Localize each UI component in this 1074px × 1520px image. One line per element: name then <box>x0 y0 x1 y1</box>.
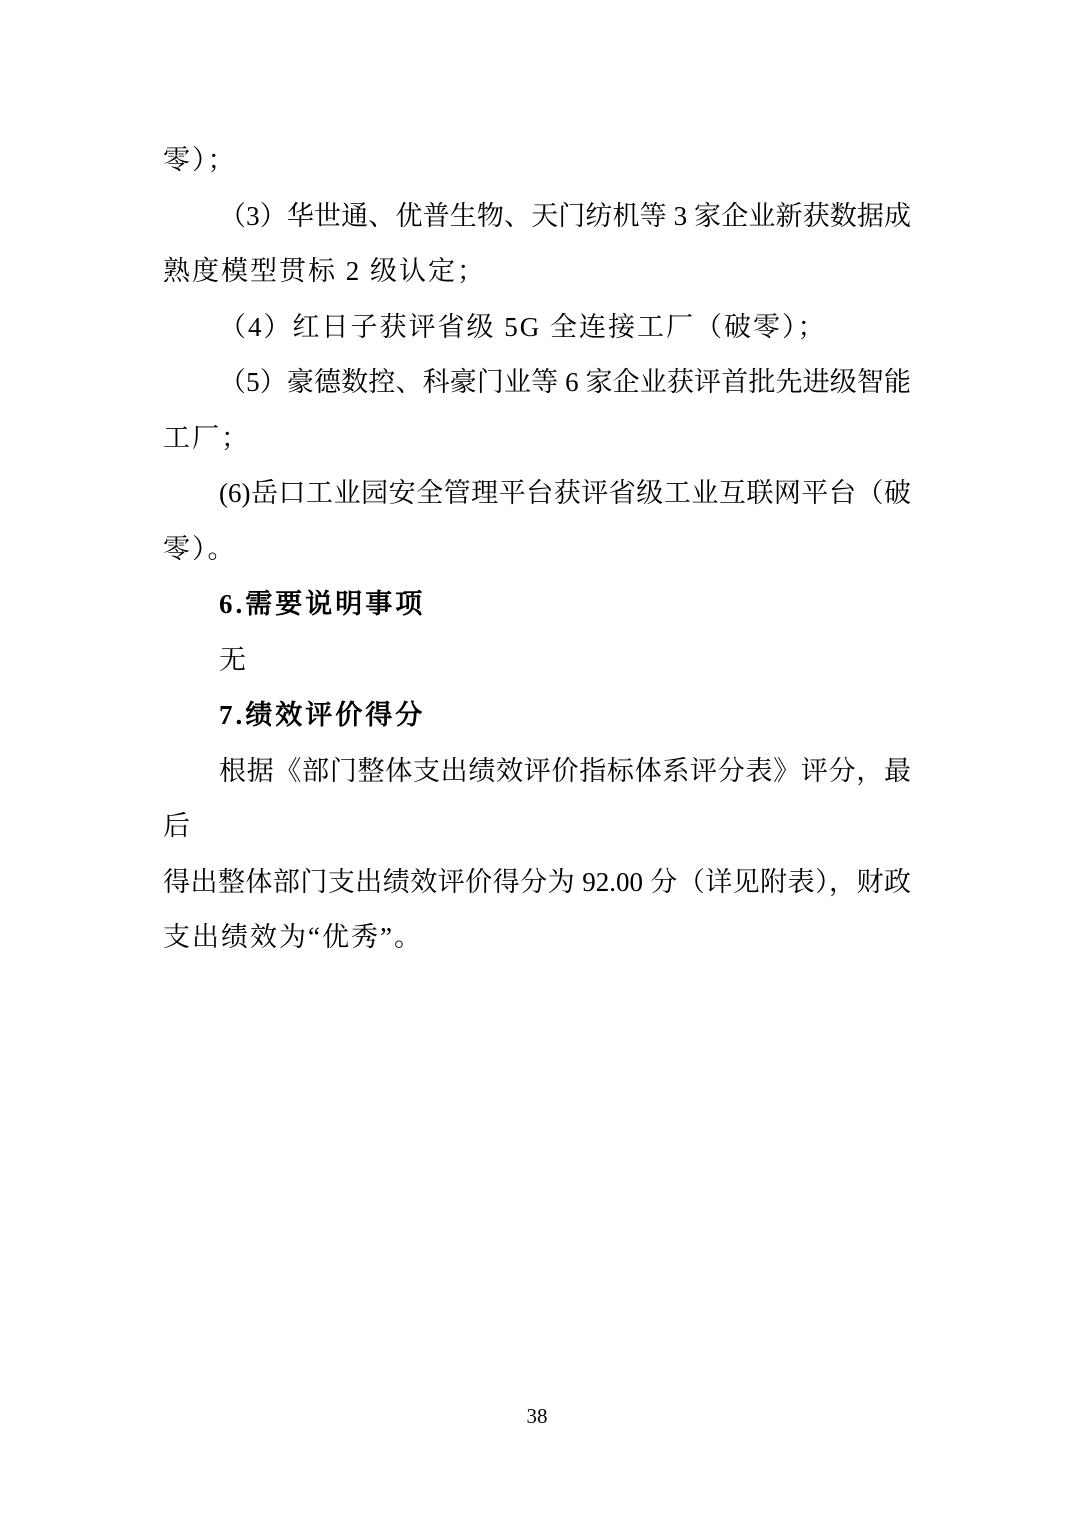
section-heading: 6.需要说明事项 <box>163 577 911 633</box>
text-line: 根据《部门整体支出绩效评价指标体系评分表》评分，最后 <box>163 744 911 855</box>
text-line: (6)岳口工业园安全管理平台获评省级工业互联网平台（破 <box>163 466 911 522</box>
text-line: 工厂； <box>163 411 911 467</box>
text-line: （4）红日子获评省级 5G 全连接工厂（破零）； <box>163 300 911 356</box>
text-line: （3）华世通、优普生物、天门纺机等 3 家企业新获数据成 <box>163 189 911 245</box>
text-line: 零）。 <box>163 522 911 578</box>
page-number: 38 <box>0 1398 1074 1434</box>
document-body: 零）；（3）华世通、优普生物、天门纺机等 3 家企业新获数据成熟度模型贯标 2 … <box>163 133 911 966</box>
text-line: 支出绩效为“优秀”。 <box>163 910 911 966</box>
document-page: 零）；（3）华世通、优普生物、天门纺机等 3 家企业新获数据成熟度模型贯标 2 … <box>0 0 1074 1520</box>
text-line: 熟度模型贯标 2 级认定； <box>163 244 911 300</box>
text-line: （5）豪德数控、科豪门业等 6 家企业获评首批先进级智能 <box>163 355 911 411</box>
section-heading: 7.绩效评价得分 <box>163 688 911 744</box>
text-line: 无 <box>163 633 911 689</box>
text-line: 零）； <box>163 133 911 189</box>
text-line: 得出整体部门支出绩效评价得分为 92.00 分（详见附表），财政 <box>163 855 911 911</box>
